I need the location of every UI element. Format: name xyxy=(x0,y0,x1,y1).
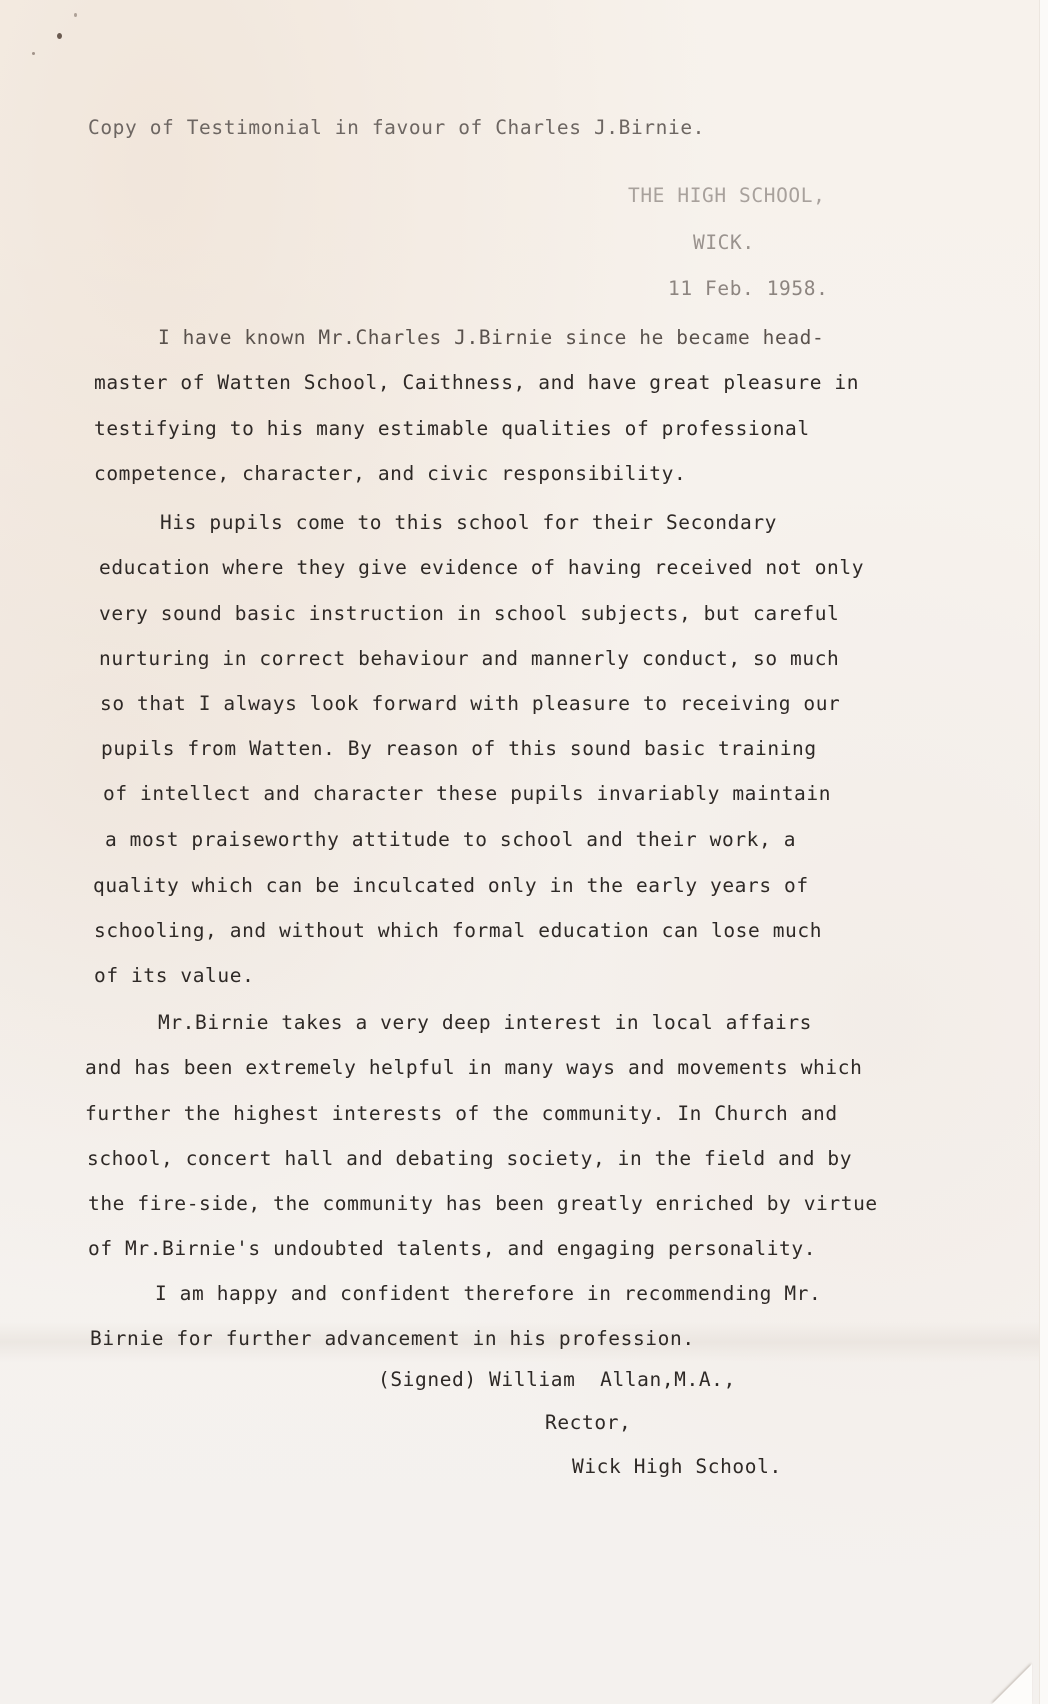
letter-date: 11 Feb. 1958. xyxy=(668,279,828,299)
page-edge xyxy=(1039,0,1048,1704)
document-heading: Copy of Testimonial in favour of Charles… xyxy=(88,118,705,138)
address-school: THE HIGH SCHOOL, xyxy=(628,186,825,206)
body-line: a most praiseworthy attitude to school a… xyxy=(105,830,796,850)
body-line: competence, character, and civic respons… xyxy=(94,464,686,484)
body-line: nurturing in correct behaviour and manne… xyxy=(99,649,839,669)
page-corner-fold xyxy=(992,1664,1032,1704)
paper-speck xyxy=(74,13,77,17)
body-line: so that I always look forward with pleas… xyxy=(100,694,840,714)
address-town: WICK. xyxy=(693,233,755,253)
signature-line: (Signed) William Allan,M.A., xyxy=(378,1370,736,1390)
paper-sheet: Copy of Testimonial in favour of Charles… xyxy=(0,0,1040,1704)
body-line: Mr.Birnie takes a very deep interest in … xyxy=(158,1013,812,1033)
body-line: testifying to his many estimable qualiti… xyxy=(94,419,810,439)
body-line: I have known Mr.Charles J.Birnie since h… xyxy=(158,328,824,348)
body-line: quality which can be inculcated only in … xyxy=(93,876,809,896)
body-line: pupils from Watten. By reason of this so… xyxy=(101,739,817,759)
signatory-school: Wick High School. xyxy=(572,1457,782,1477)
body-line: very sound basic instruction in school s… xyxy=(99,604,839,624)
body-line: master of Watten School, Caithness, and … xyxy=(94,373,859,393)
body-line: Birnie for further advancement in his pr… xyxy=(90,1329,695,1349)
body-line: of Mr.Birnie's undoubted talents, and en… xyxy=(88,1239,816,1259)
body-line: of its value. xyxy=(94,966,254,986)
body-line: schooling, and without which formal educ… xyxy=(94,921,822,941)
body-line: education where they give evidence of ha… xyxy=(99,558,864,578)
signatory-title: Rector, xyxy=(545,1413,631,1433)
paper-speck xyxy=(57,33,62,39)
body-line: of intellect and character these pupils … xyxy=(103,784,831,804)
body-line: the fire-side, the community has been gr… xyxy=(88,1194,878,1214)
body-line: His pupils come to this school for their… xyxy=(160,513,777,533)
paper-speck xyxy=(32,52,35,55)
body-line: school, concert hall and debating societ… xyxy=(87,1149,852,1169)
body-line: and has been extremely helpful in many w… xyxy=(85,1058,862,1078)
body-line: further the highest interests of the com… xyxy=(85,1104,838,1124)
body-line: I am happy and confident therefore in re… xyxy=(155,1284,821,1304)
